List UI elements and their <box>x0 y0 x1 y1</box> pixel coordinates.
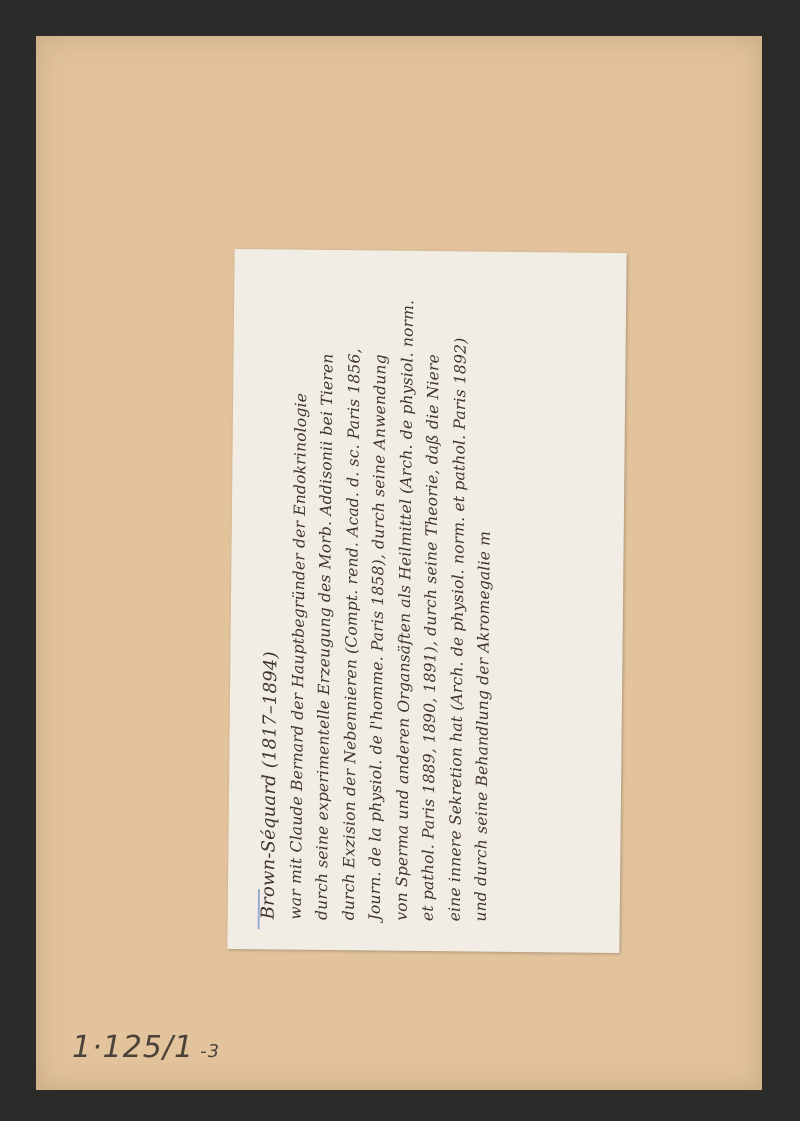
rotated-text-block: Brown-Séquard (1817–1894) war mit Claude… <box>227 249 626 953</box>
manuscript-slip: Brown-Séquard (1817–1894) war mit Claude… <box>227 249 626 953</box>
manuscript-lines: Brown-Séquard (1817–1894) war mit Claude… <box>256 269 501 921</box>
mounting-board: Brown-Séquard (1817–1894) war mit Claude… <box>36 36 762 1090</box>
shelfmark: 1·125/1-3 <box>72 1030 220 1065</box>
shelfmark-suffix: -3 <box>200 1041 220 1062</box>
shelfmark-main: 1·125/1 <box>72 1030 194 1065</box>
